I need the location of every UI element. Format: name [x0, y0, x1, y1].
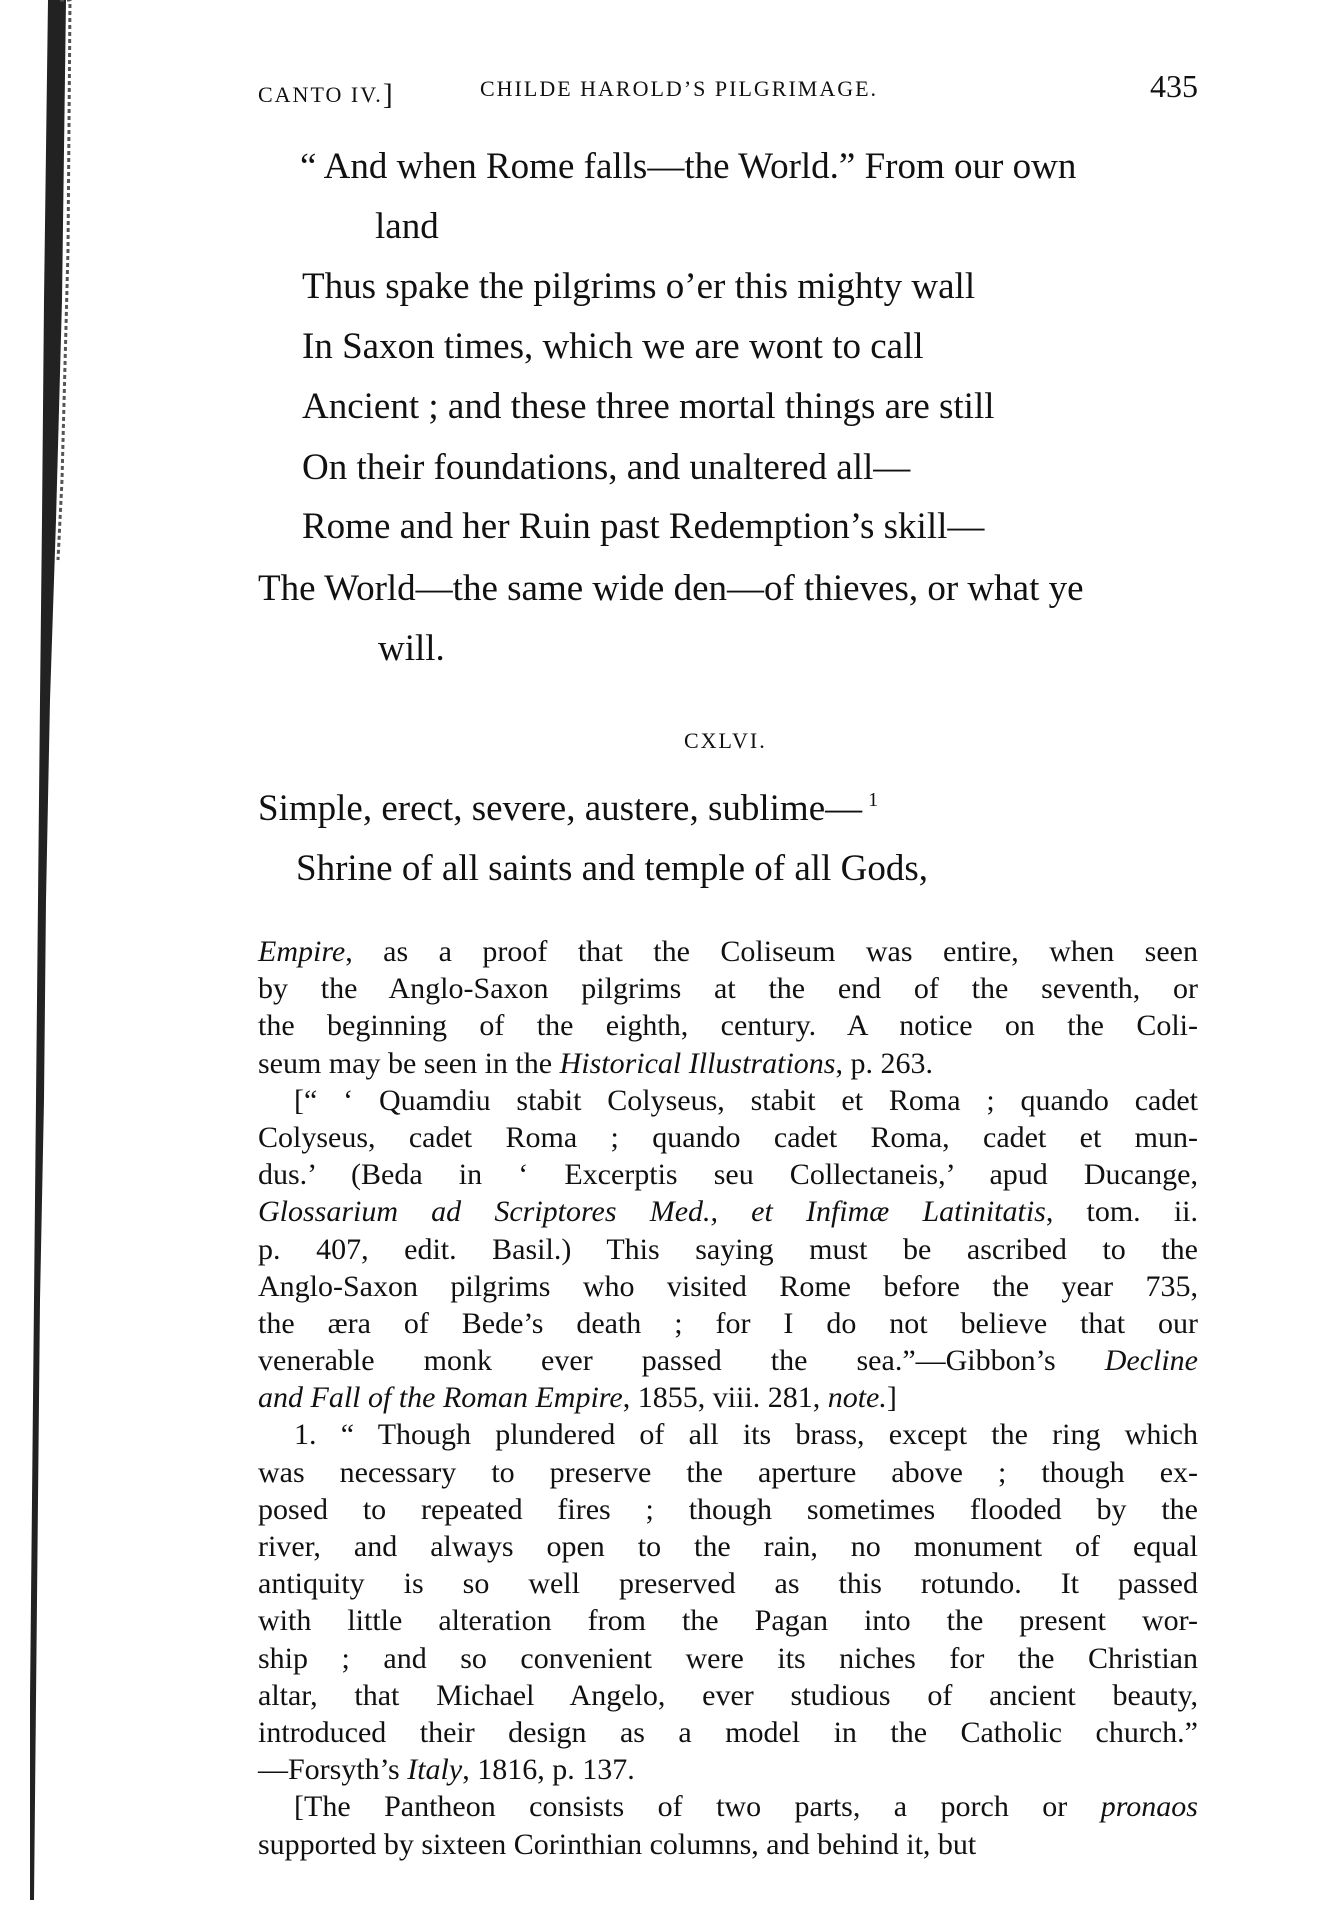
verse-line: In Saxon times, which we are wont to cal…	[302, 325, 924, 369]
footnote-line: posed to repeated fires ; though sometim…	[258, 1491, 1198, 1528]
stanza-line-text: Simple, erect, severe, austere, sublime—	[258, 788, 862, 829]
running-head: CANTO IV.] CHILDE HAROLD’S PILGRIMAGE. 4…	[258, 72, 1198, 112]
footnote-line: dus.’ (Beda in ‘ Excerptis seu Collectan…	[258, 1156, 1198, 1193]
verse-line: Rome and her Ruin past Redemption’s skil…	[302, 505, 984, 549]
footnote-line: and Fall of the Roman Empire, 1855, viii…	[258, 1379, 1198, 1416]
stanza-line: Shrine of all saints and temple of all G…	[296, 847, 928, 891]
footnote-line: river, and always open to the rain, no m…	[258, 1528, 1198, 1565]
footnote-line: venerable monk ever passed the sea.”—Gib…	[258, 1342, 1198, 1379]
footnote-line: Colyseus, cadet Roma ; quando cadet Roma…	[258, 1119, 1198, 1156]
footnote-line: introduced their design as a model in th…	[258, 1714, 1198, 1751]
footnote-line: supported by sixteen Corinthian columns,…	[258, 1826, 1198, 1863]
footnote-line: p. 407, edit. Basil.) This saying must b…	[258, 1231, 1198, 1268]
stanza-number: CXLVI.	[684, 728, 767, 754]
verse-line: will.	[378, 627, 445, 671]
stanza-line-text: Shrine of all saints and temple of all G…	[296, 848, 928, 889]
book-title: CHILDE HAROLD’S PILGRIMAGE.	[480, 76, 878, 102]
footnote-line: antiquity is so well preserved as this r…	[258, 1565, 1198, 1602]
footnote-line: seum may be seen in the Historical Illus…	[258, 1045, 1198, 1082]
footnote-line: Anglo-Saxon pilgrims who visited Rome be…	[258, 1268, 1198, 1305]
canto-label: CANTO IV.]	[258, 76, 395, 110]
footnote-line: the beginning of the eighth, century. A …	[258, 1007, 1198, 1044]
verse-line: Ancient ; and these three mortal things …	[302, 385, 995, 429]
footnote-line: —Forsyth’s Italy, 1816, p. 137.	[258, 1751, 1198, 1788]
footnote-line: by the Anglo-Saxon pilgrims at the end o…	[258, 970, 1198, 1007]
footnote-line: altar, that Michael Angelo, ever studiou…	[258, 1677, 1198, 1714]
verse-line: Thus spake the pilgrims o’er this mighty…	[302, 265, 975, 309]
footnote-line: Empire, as a proof that the Coliseum was…	[258, 933, 1198, 970]
verse-line: On their foundations, and unaltered all—	[302, 446, 910, 490]
footnote-line: was necessary to preserve the aperture a…	[258, 1454, 1198, 1491]
verse-line: The World—the same wide den—of thieves, …	[258, 567, 1084, 611]
footnote-marker[interactable]: 1	[868, 789, 878, 811]
book-binding-shadow	[0, 0, 90, 1912]
footnote-line: with little alteration from the Pagan in…	[258, 1602, 1198, 1639]
page-number: 435	[1150, 68, 1198, 105]
footnote-line: ship ; and so convenient were its niches…	[258, 1640, 1198, 1677]
footnote-line: Glossarium ad Scriptores Med., et Infimæ…	[258, 1193, 1198, 1230]
stanza-line: Simple, erect, severe, austere, sublime—…	[258, 787, 878, 836]
footnote-line: 1. “ Though plundered of all its brass, …	[258, 1416, 1198, 1453]
footnote-line: the æra of Bede’s death ; for I do not b…	[258, 1305, 1198, 1342]
footnote-line: [“ ‘ Quamdiu stabit Colyseus, stabit et …	[258, 1082, 1198, 1119]
footnote-line: [The Pantheon consists of two parts, a p…	[258, 1788, 1198, 1825]
verse-line: “ And when Rome falls—the World.” From o…	[300, 145, 1076, 189]
footnotes: Empire, as a proof that the Coliseum was…	[258, 933, 1198, 1863]
verse-line: land	[375, 205, 439, 249]
